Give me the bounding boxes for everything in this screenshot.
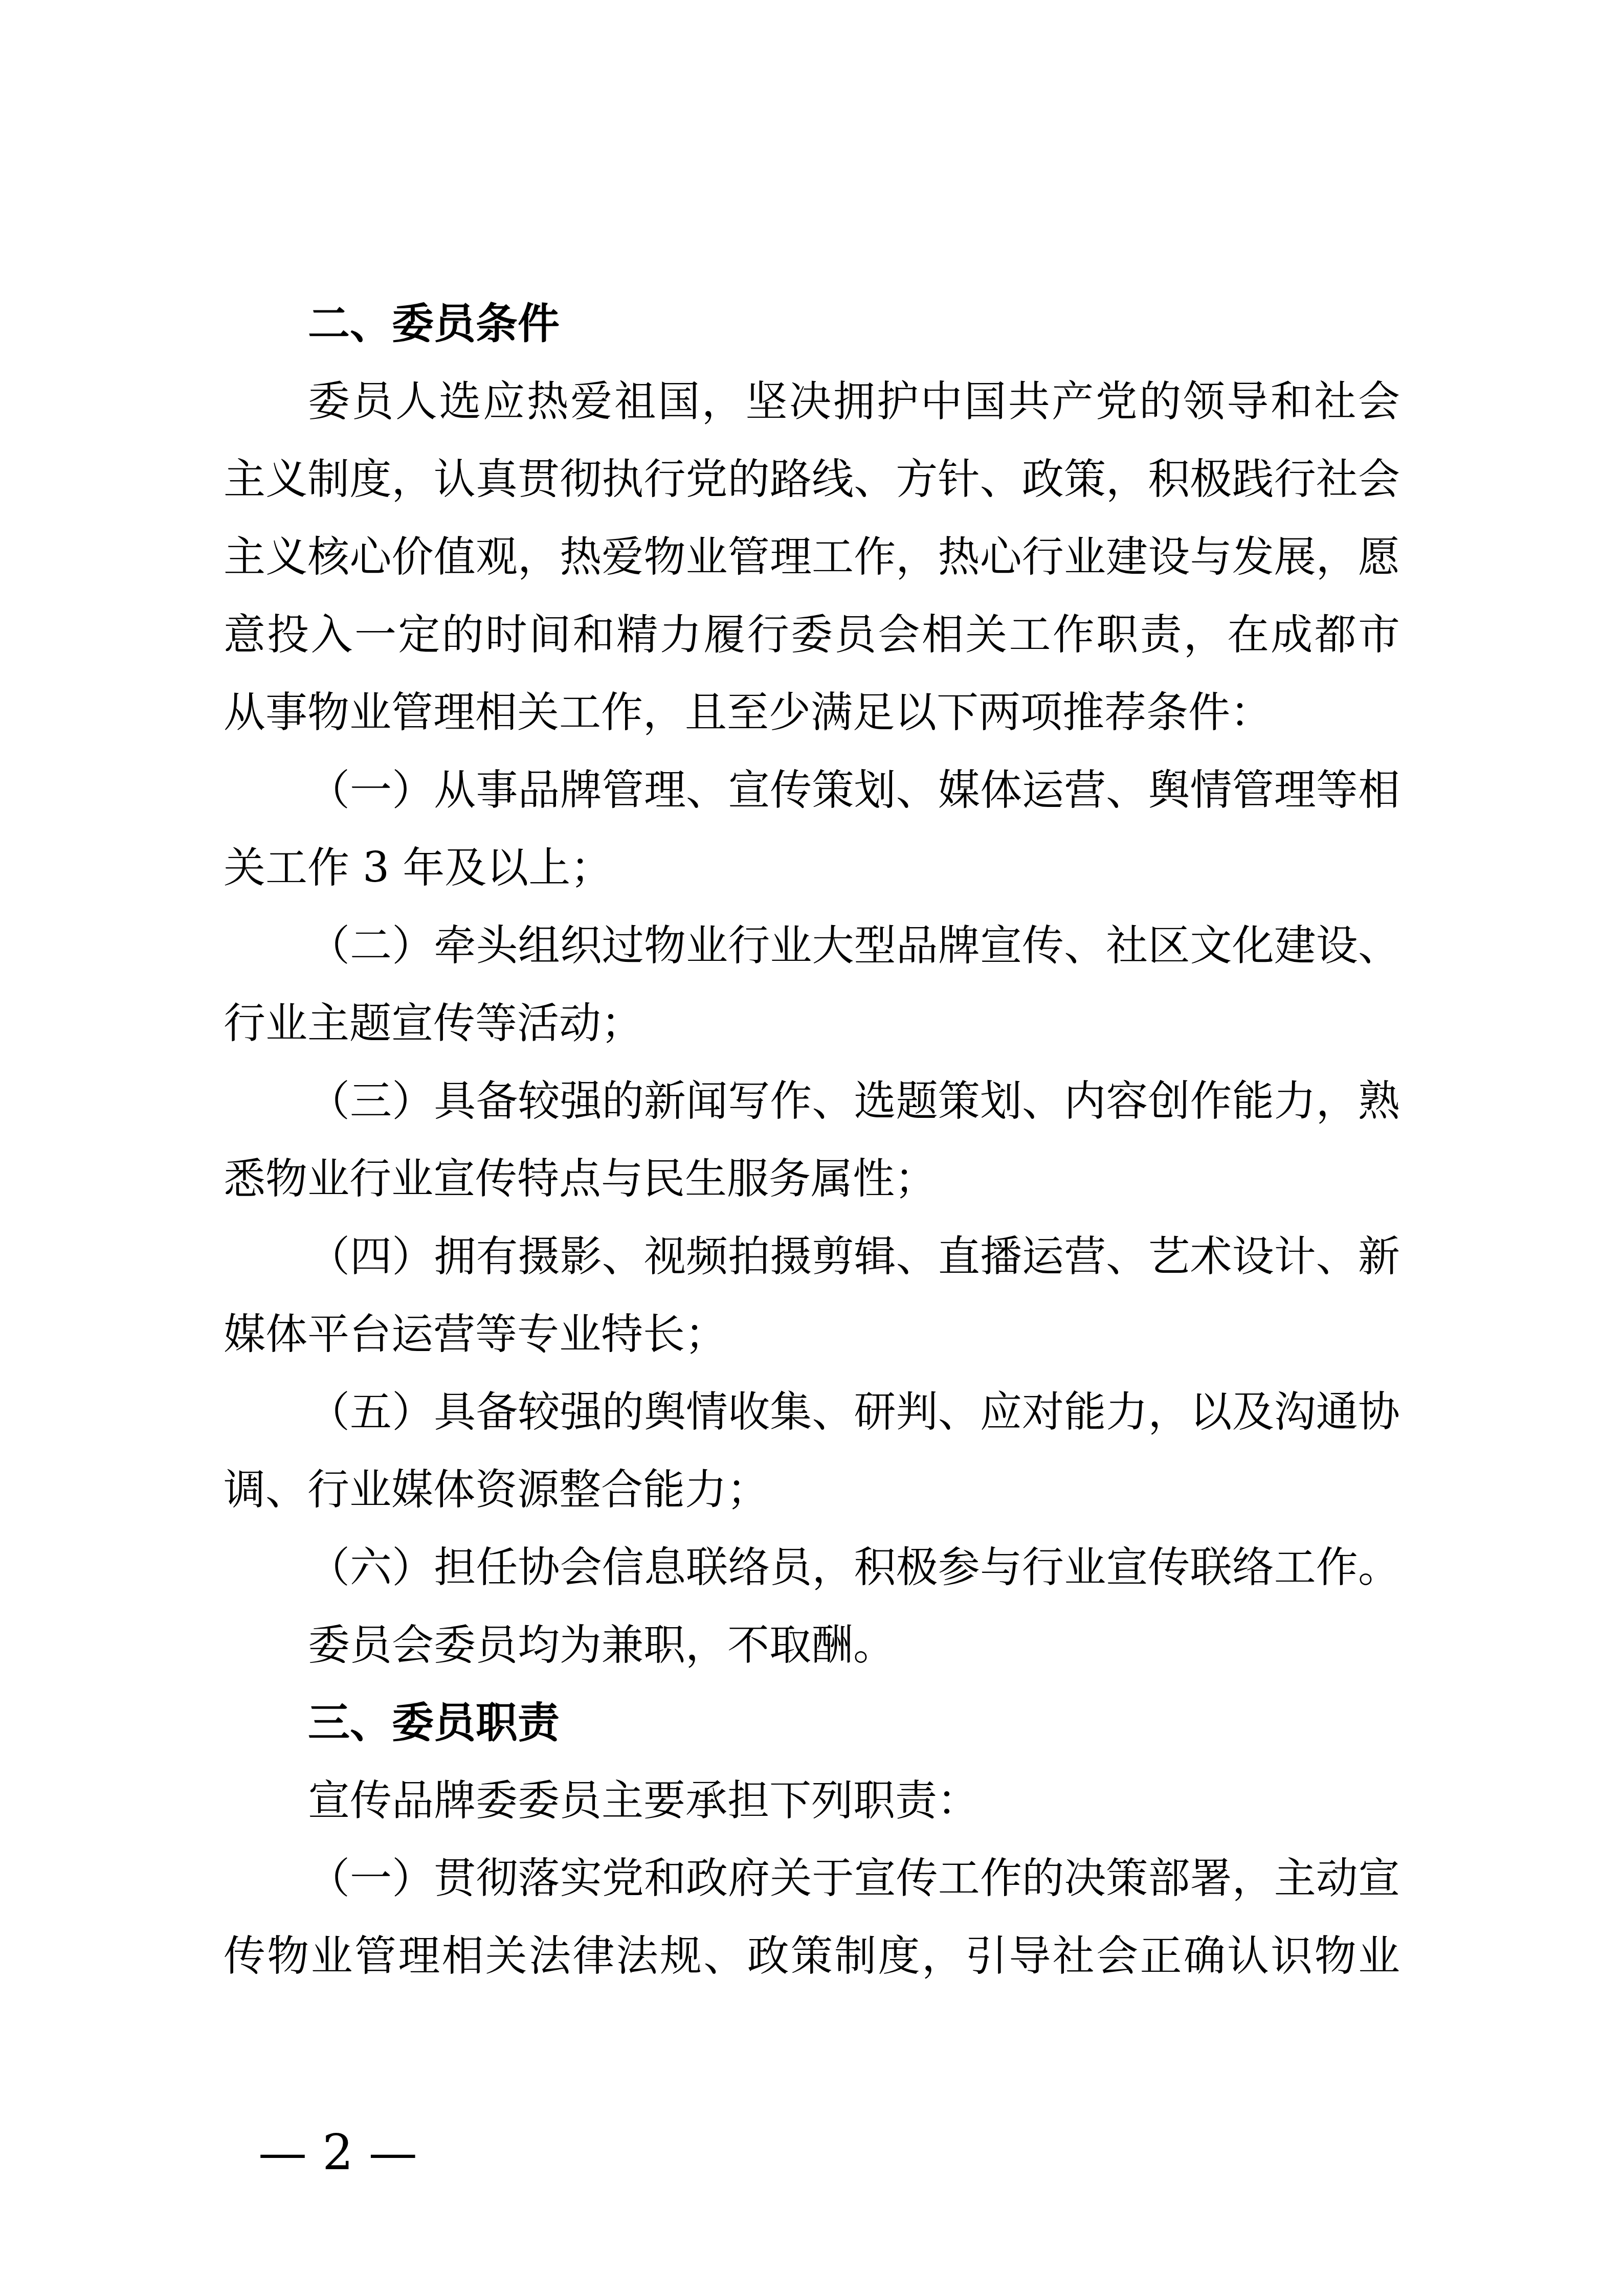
- doc-line: （一）从事品牌管理、宣传策划、媒体运营、舆情管理等相: [224, 752, 1400, 829]
- heading-member-conditions: 二、委员条件: [224, 285, 1400, 363]
- doc-line: （一）贯彻落实党和政府关于宣传工作的决策部署，主动宣: [224, 1840, 1400, 1918]
- document-page: 二、委员条件 委员人选应热爱祖国，坚决拥护中国共产党的领导和社会 主义制度，认真…: [0, 0, 1624, 2296]
- heading-member-duties: 三、委员职责: [224, 1684, 1400, 1762]
- doc-line: 主义制度，认真贯彻执行党的路线、方针、政策，积极践行社会: [224, 441, 1400, 519]
- doc-line: 传物业管理相关法律法规、政策制度，引导社会正确认识物业: [224, 1918, 1400, 1995]
- doc-line: 悉物业行业宣传特点与民生服务属性；: [224, 1140, 1400, 1218]
- doc-line: 调、行业媒体资源整合能力；: [224, 1451, 1400, 1529]
- page-number: — 2 —: [258, 2122, 417, 2184]
- doc-line: 意投入一定的时间和精力履行委员会相关工作职责，在成都市: [224, 596, 1400, 674]
- doc-line: 从事物业管理相关工作，且至少满足以下两项推荐条件：: [224, 674, 1400, 752]
- document-content: 二、委员条件 委员人选应热爱祖国，坚决拥护中国共产党的领导和社会 主义制度，认真…: [224, 285, 1400, 1995]
- doc-line: （五）具备较强的舆情收集、研判、应对能力，以及沟通协: [224, 1374, 1400, 1451]
- doc-line: （二）牵头组织过物业行业大型品牌宣传、社区文化建设、: [224, 907, 1400, 985]
- doc-line: （三）具备较强的新闻写作、选题策划、内容创作能力，熟: [224, 1063, 1400, 1140]
- doc-line: （六）担任协会信息联络员，积极参与行业宣传联络工作。: [224, 1529, 1400, 1607]
- doc-line: 媒体平台运营等专业特长；: [224, 1296, 1400, 1374]
- doc-line: 主义核心价值观，热爱物业管理工作，热心行业建设与发展，愿: [224, 519, 1400, 596]
- doc-line: （四）拥有摄影、视频拍摄剪辑、直播运营、艺术设计、新: [224, 1218, 1400, 1296]
- doc-line: 关工作 3 年及以上；: [224, 829, 1400, 907]
- doc-line: 宣传品牌委委员主要承担下列职责：: [224, 1762, 1400, 1840]
- doc-line: 委员会委员均为兼职，不取酬。: [224, 1607, 1400, 1684]
- doc-line: 委员人选应热爱祖国，坚决拥护中国共产党的领导和社会: [224, 363, 1400, 441]
- doc-line: 行业主题宣传等活动；: [224, 985, 1400, 1063]
